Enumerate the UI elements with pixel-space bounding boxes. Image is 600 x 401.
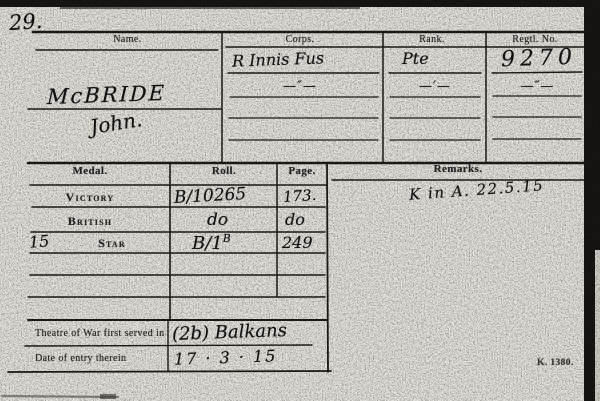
date-of-entry-label: Date of entry therein bbox=[35, 354, 126, 364]
medal-name-victory: Victory bbox=[42, 191, 138, 203]
date-of-entry-value: 17 · 3 · 15 bbox=[174, 348, 278, 368]
corps-column-header: Corps. bbox=[240, 35, 360, 45]
rank-entry: Pte bbox=[402, 51, 429, 67]
roll-star-superscript: B bbox=[223, 232, 231, 245]
rank-column-header: Rank. bbox=[392, 35, 472, 45]
medal-index-card: 29. Name. Corps. Rank. Regtl. No. McBRID… bbox=[0, 0, 600, 401]
theatre-of-war-entry: (2b) Balkans bbox=[172, 322, 287, 344]
page-victory-entry: 173. bbox=[283, 188, 317, 205]
roll-star-entry: B/1B bbox=[192, 234, 231, 253]
card-number: 29. bbox=[8, 11, 43, 34]
roll-british-ditto: do bbox=[207, 212, 228, 229]
medal-name-star: Star bbox=[64, 237, 160, 249]
scan-top-edge-ragged bbox=[60, 7, 360, 9]
star-15-prefix: 15 bbox=[28, 233, 49, 250]
medal-column-header: Medal. bbox=[42, 166, 138, 177]
scan-right-paper-sliver bbox=[595, 250, 600, 401]
remarks-column-header: Remarks. bbox=[378, 164, 538, 175]
rank-ditto-mark: —′— bbox=[395, 80, 475, 93]
regtl-no-ditto-mark: —″— bbox=[495, 80, 580, 93]
name-column-header: Name. bbox=[60, 35, 195, 45]
corps-ditto-mark: —″— bbox=[255, 80, 345, 93]
page-star-entry: 249 bbox=[282, 235, 313, 251]
page-british-ditto: do bbox=[285, 212, 305, 228]
corps-entry: R Innis Fus bbox=[232, 50, 325, 69]
roll-star-base: B/1 bbox=[192, 233, 223, 254]
medal-name-british: British bbox=[42, 215, 138, 227]
page-column-header: Page. bbox=[280, 166, 324, 177]
roll-victory-entry: B/10265 bbox=[174, 186, 247, 207]
surname-entry: McBRIDE bbox=[47, 83, 167, 108]
theatre-of-war-label: Theatre of War first served in bbox=[35, 329, 165, 339]
regtl-no-entry: 9270 bbox=[501, 47, 578, 72]
roll-column-header: Roll. bbox=[180, 166, 268, 177]
form-code: K. 1380. bbox=[537, 359, 574, 369]
regtl-no-column-header: Regtl. No. bbox=[490, 35, 580, 45]
scan-top-edge bbox=[0, 0, 600, 7]
